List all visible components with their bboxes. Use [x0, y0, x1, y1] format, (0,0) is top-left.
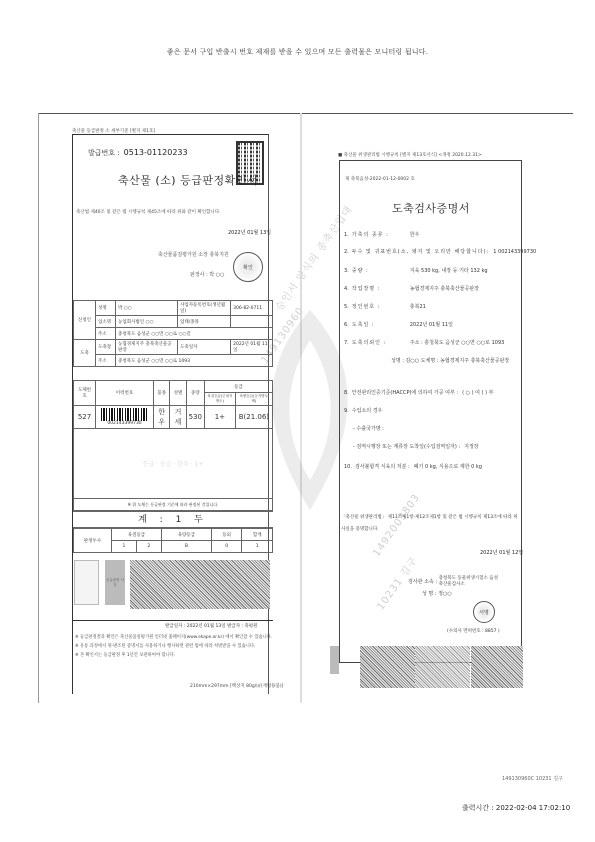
certificate-item: 6.도축일 :2022년 01월 11일 [344, 321, 453, 328]
table-row: 신청인 성명 박 ○○ 사업자등록번호(생년월일) 306-82-0711 [74, 301, 273, 316]
table-row: 판정두수 육질등급 육량등급 등외 합계 [74, 529, 273, 541]
certificate-title: 도축검사증명서 [392, 200, 470, 216]
item-label: 정인번호 : [352, 303, 406, 310]
barcode-icon [101, 408, 149, 421]
item-number: 6. [344, 322, 349, 328]
item-label: 도축일 : [352, 321, 406, 328]
table-row: 등급 · 등급 · 한우 · 1+ [74, 429, 273, 499]
certificate-item: - 수출국가명 : [350, 425, 388, 432]
breed: 한우 [154, 406, 170, 429]
field-label: 업소명 [96, 316, 116, 328]
item-label: 중량 : [352, 267, 406, 274]
trace-number: 002143399730 [107, 421, 141, 426]
note-line: ※ 등급판정결과 확인은 축산물품질평가원 인터넷 홈페이지(www.ekape… [75, 633, 275, 642]
item-label: - 검역시행장 또는 계류장 도착일(수입검역일자) : [353, 444, 460, 450]
field-value: 충청북도 음성군 ○○면 ○○로 ○○길 [116, 328, 273, 340]
item-label: 수입소의 경우 [352, 408, 383, 414]
inspector-name: 성 명 : 정○○ [422, 588, 499, 600]
item-number: 1. [344, 232, 349, 238]
inspector: 판정사 : 박 ○○ [190, 271, 225, 278]
certificate-item: 7.도축의뢰인 :주소 : 충청북도 음성군 ○○면 ○○로 1093 [344, 339, 504, 346]
item-label: 안전관리인증기준(HACCP)에 의하여 가공 여부 : [352, 390, 458, 396]
field-value: 충청북도 음성군 ○○면 ○○로 1093 [116, 355, 273, 367]
column-header: 도체번호 [74, 381, 96, 406]
quality-grade: 1+ [205, 406, 236, 429]
certification-statement: 「축산물 위생관리법」 제11조제1항·제12조제1항 및 같은 법 시행규칙 … [341, 512, 519, 536]
table-row: 업소명 농업회사법인 ○○ 업태/종목 [74, 316, 273, 328]
item-value: 성명 : 김○○ 도체명 : 농협경제지주 충북축산물공판장 [391, 358, 509, 364]
certificate-item: 2.두수 및 귀표번호(소, 돼지 및 오리만 해당합니다):1 0021433… [344, 248, 536, 255]
grade-summary-table: 판정두수 육질등급 육량등급 등외 합계 1 2 B 0 1 [73, 528, 273, 553]
print-time: 출력시간 : 2022-02-04 17:02:10 [462, 803, 570, 813]
security-pattern-image [415, 646, 470, 688]
sheet-top-edge [38, 113, 573, 114]
security-pattern-image [471, 646, 523, 688]
print-time-value: 2022-02-04 17:02:10 [496, 804, 570, 812]
table-header-row: 도체번호 이력번호 품종 성별 중량 등급 [74, 381, 273, 393]
table-footnote: ※ 위 도체는 등급판정 기준에 따라 판정된 것입니다. [74, 499, 273, 511]
inspector-affiliation-label: 검사관 소속 : [408, 579, 437, 585]
issue-info: 발급일자 : 2022년 01월 13일 발급자 : 축평원 [165, 623, 257, 629]
column-header: 육량등급 [161, 529, 211, 541]
owner-table: 신청인 성명 박 ○○ 사업자등록번호(생년월일) 306-82-0711 업소… [73, 300, 273, 367]
item-number: 4. [344, 286, 349, 292]
column-subheader: 육질등급(근내지방도) [205, 393, 236, 406]
certificate-item: 3.중량 :지육 530 kg, 내장 등 기타 132 kg [344, 267, 488, 274]
issue-number-value: 0513-01120233 [124, 148, 188, 157]
security-pattern-image [360, 646, 415, 688]
certificate-item: 1.가축의 종류 :한우 [344, 231, 419, 238]
certificate-item: 5.정인번호 :충북21 [344, 303, 426, 310]
notice-banner: 좋은 문서 구입 반출시 번호 제재를 받을 수 있으며 모든 출력물은 모니터… [0, 47, 595, 57]
yield-grade: B(21.06) [235, 406, 272, 429]
column-header: 이력번호 [96, 381, 154, 406]
item-value: 농협경제지주 충북축산물공판장 [410, 286, 479, 292]
item-label: 가축의 종류 : [352, 231, 406, 238]
paper-spec: 210mm×297mm [백상지 80g/㎡(재활용품)] [190, 683, 283, 689]
field-label: 성명 [96, 301, 116, 316]
item-value: 지정장 [464, 444, 479, 450]
field-value: 농협경제지주 충북축산물공판장 [116, 340, 178, 355]
item-value: 폐기 0 kg, 식용으로 제한 0 kg [414, 464, 482, 470]
item-number: 9. [344, 408, 349, 414]
photo-strip-placeholder [330, 646, 339, 674]
certificate-item: - 검역시행장 또는 계류장 도착일(수입검역일자) :지정장 [350, 443, 479, 450]
item-value: 주소 : 충청북도 음성군 ○○면 ○○로 1093 [410, 340, 505, 346]
inspector-block: 검사관 소속 : 충청북도 동물위생시험소 음성축산물검사소 성 명 : 정○○ [408, 576, 499, 600]
column-subheader: 육량등급(등지방두께) [235, 393, 272, 406]
summary-group-label: 판정두수 [74, 529, 112, 553]
issue-number-label: 발급번호 : [88, 149, 120, 157]
page-identifier: 149130960C 10231 김구 [502, 775, 563, 782]
column-header: 등외 [211, 529, 242, 541]
certificate-item: 9.수입소의 경우 [344, 407, 386, 414]
item-label: 도축의뢰인 : [352, 339, 406, 346]
item-value: 2022년 01월 11일 [410, 322, 453, 328]
print-time-label: 출력시간 : [462, 804, 494, 812]
summary-value: 0 [211, 541, 242, 553]
certificate-item: 성명 : 김○○ 도체명 : 농협경제지주 충북축산물공판장 [384, 357, 509, 364]
carcass-photo-placeholder [74, 560, 99, 605]
security-pattern-image [130, 560, 270, 609]
issue-number: 발급번호 :0513-01120233 [88, 148, 188, 158]
item-value: 지육 530 kg, 내장 등 기타 132 kg [410, 268, 488, 274]
field-label: 주소 [96, 328, 116, 340]
item-number: 5. [344, 304, 349, 310]
form-reference: ■ 축산물 위생관리법 시행규칙 [별지 제13호서식] <개정 2020.12… [338, 152, 482, 158]
inspector-name-value: 정○○ [438, 591, 452, 597]
note-line: ※ 유통 과정에서 위·변조된 증명서를 사용하거나 행사하면 관련 법에 따라… [75, 642, 275, 651]
field-label: 업태/종목 [178, 316, 231, 328]
item-value: 1 002143399730 [493, 249, 536, 255]
item-label: - 수출국가명 : [353, 426, 384, 432]
item-number: 2. [344, 249, 349, 255]
item-value: ( ○ ) 여 ( ) 부 [462, 390, 493, 396]
column-header: 합계 [242, 529, 273, 541]
field-label: 도축일자 [178, 340, 231, 355]
inspector-affiliation: 검사관 소속 : 충청북도 동물위생시험소 음성축산물검사소 [408, 576, 499, 588]
item-label: 작업장명 : [352, 285, 406, 292]
column-header: 성별 [170, 381, 186, 406]
item-number: 7. [344, 340, 349, 346]
field-value: 농업회사법인 ○○ [116, 316, 178, 328]
field-value: 306-82-0711 [231, 301, 273, 316]
column-header: 품종 [154, 381, 170, 406]
notes: ※ 등급판정결과 확인은 축산물품질평가원 인터넷 홈페이지(www.ekape… [75, 633, 275, 660]
total-head-count: 계 : 1 두 [73, 511, 273, 528]
field-label: 도축장 [96, 340, 116, 355]
column-header: 육질등급 [112, 529, 162, 541]
inspector-seal-icon: 서명 [473, 601, 495, 623]
certificate-title: 축산물 (소) 등급판정확인서 [118, 172, 258, 188]
sex: 거세 [170, 406, 186, 429]
owner-group-label: 신청인 [74, 301, 96, 340]
sheet-left-edge [38, 113, 39, 703]
trace-number-cell: 002143399730 [96, 406, 154, 429]
vet-license-number: (수의사 면허번호 : 8857 ) [447, 628, 500, 634]
issuer: 축산물품질평가원 소장 충북지원 [158, 251, 229, 258]
table-row: 주소 충청북도 음성군 ○○면 ○○로 ○○길 [74, 328, 273, 340]
column-header: 등급 [205, 381, 273, 393]
table-row: ※ 위 도체는 등급판정 기준에 따라 판정된 것입니다. [74, 499, 273, 511]
item-number: 10. [344, 464, 352, 470]
background-security-pattern: 등급 · 등급 · 한우 · 1+ [74, 429, 273, 499]
item-value: 한우 [410, 232, 420, 238]
note-line: ※ 본 확인서는 등급판정 후 1년간 보관하여야 합니다. [75, 651, 275, 660]
certificate-item: 4.작업장명 :농협경제지주 충북축산물공판장 [344, 285, 479, 292]
item-number: 3. [344, 268, 349, 274]
summary-value: 1 [242, 541, 273, 553]
slaughter-group-label: 도축 [74, 340, 96, 367]
divider [73, 620, 273, 621]
table-row: 주소 충청북도 음성군 ○○면 ○○로 1093 [74, 355, 273, 367]
inspector-affiliation-value: 충청북도 동물위생시험소 음성축산물검사소 [439, 576, 499, 588]
field-value [231, 316, 273, 328]
table-row: 527 002143399730 한우 거세 530 1+ B(21.06) [74, 406, 273, 429]
table-row: 도축 도축장 농협경제지주 충북축산물공판장 도축일자 2022년 01월 11… [74, 340, 273, 355]
document-number: 제 축북음성-2022-01-12-0002 호 [345, 176, 415, 182]
summary-value: 2 [136, 541, 161, 553]
item-label: 두수 및 귀표번호(소, 돼지 및 오리만 해당합니다): [352, 248, 489, 255]
field-label: 사업자등록번호(생년월일) [178, 301, 231, 316]
summary-value: B [161, 541, 211, 553]
column-header: 중량 [186, 381, 204, 406]
product-table: 도체번호 이력번호 품종 성별 중량 등급 육질등급(근내지방도) 육량등급(등… [73, 380, 273, 511]
inspector-name-label: 성 명 : [422, 591, 437, 597]
carcass-number: 527 [74, 406, 96, 429]
certificate-item: 8.안전관리인증기준(HACCP)에 의하여 가공 여부 :( ○ ) 여 ( … [344, 389, 493, 396]
certificate-date: 2022년 01월 13일 [228, 229, 271, 236]
item-value: 충북21 [410, 304, 426, 310]
certificate-item: 10.검사불합격 식육의 처분 :폐기 0 kg, 식용으로 제한 0 kg [344, 463, 482, 470]
official-seal-icon: 확인 [233, 252, 263, 282]
weight: 530 [186, 406, 204, 429]
carcass-photo: 등급판정 사진 [105, 560, 125, 605]
certificate-body: 축산법 제40조 및 같은 법 시행규칙 제45조에 따라 위와 같이 확인합니… [76, 209, 221, 215]
field-label: 주소 [96, 355, 116, 367]
field-value: 박 ○○ [116, 301, 178, 316]
field-value: 2022년 01월 11일 [231, 340, 273, 355]
item-number: 8. [344, 390, 349, 396]
item-label: 검사불합격 식육의 처분 : [355, 464, 410, 470]
certificate-date: 2022년 01월 12일 [480, 549, 523, 556]
summary-value: 1 [112, 541, 137, 553]
